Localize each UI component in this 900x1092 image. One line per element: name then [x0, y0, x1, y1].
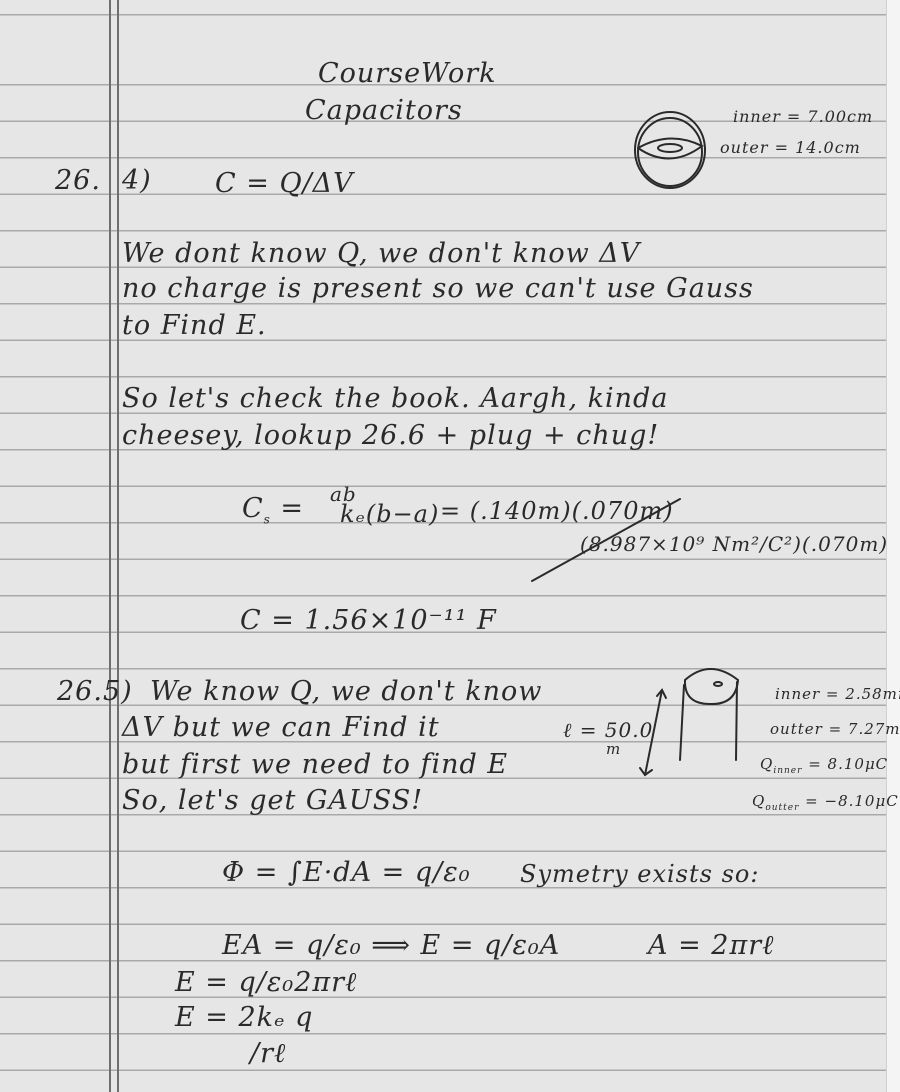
length-unit: m	[606, 740, 621, 758]
cylinder-diagram-icon	[640, 660, 750, 780]
note-line: but first we need to find E	[122, 749, 508, 780]
gauss-law: Φ = ∫E·dA = q/ε₀	[222, 857, 471, 888]
formula-fraction-denominator: kₑ(b−a)	[340, 500, 439, 528]
given-charge-inner: Qinner = 8.10μC	[760, 755, 888, 776]
note-line: cheesey, lookup 26.6 + plug + chug!	[122, 420, 659, 451]
paper-edge	[886, 0, 900, 1092]
problem-part-4: 4)	[122, 165, 152, 196]
note-line: ΔV but we can Find it	[122, 712, 440, 743]
title-coursework: CourseWork	[318, 58, 497, 89]
formula-lhs: Cs =	[242, 493, 304, 526]
symmetry-note: Symetry exists so:	[520, 860, 759, 888]
given-outer-radius: outter = 7.27mm	[770, 720, 900, 738]
given-outer-radius: outer = 14.0cm	[720, 138, 861, 157]
given-inner-radius: inner = 7.00cm	[733, 107, 873, 126]
note-line: no charge is present so we can't use Gau…	[122, 273, 754, 304]
problem-number-26-5: 26.5)	[57, 676, 133, 707]
margin-line-right	[117, 0, 119, 1092]
derivation-line-3: E = 2kₑ q	[175, 1002, 313, 1033]
capacitance-definition: C = Q/ΔV	[215, 168, 354, 199]
derivation-line-3-denominator: /rℓ	[250, 1038, 286, 1069]
formula-denominator-values: (8.987×10⁹ Nm²/C²)(.070m)	[580, 532, 888, 556]
derivation-line-2: E = q/ε₀2πrℓ	[175, 967, 357, 998]
note-line: to Find E.	[122, 310, 267, 341]
sphere-diagram-icon	[630, 110, 710, 195]
note-line: We know Q, we don't know	[150, 676, 542, 707]
given-inner-radius: inner = 2.58mm	[775, 685, 900, 703]
note-line: We dont know Q, we don't know ΔV	[122, 238, 640, 269]
note-line: So, let's get GAUSS!	[122, 785, 423, 816]
given-charge-outer: Qoutter = −8.10μC	[752, 792, 899, 813]
problem-number-26: 26.	[55, 165, 101, 196]
note-line: So let's check the book. Aargh, kinda	[122, 383, 668, 414]
margin-line-left	[109, 0, 111, 1092]
capacitance-result: C = 1.56×10⁻¹¹ F	[240, 605, 497, 636]
area-formula: A = 2πrℓ	[648, 930, 774, 961]
derivation-line-1: EA = q/ε₀ ⟹ E = q/ε₀A	[222, 930, 560, 961]
title-capacitors: Capacitors	[305, 95, 463, 126]
